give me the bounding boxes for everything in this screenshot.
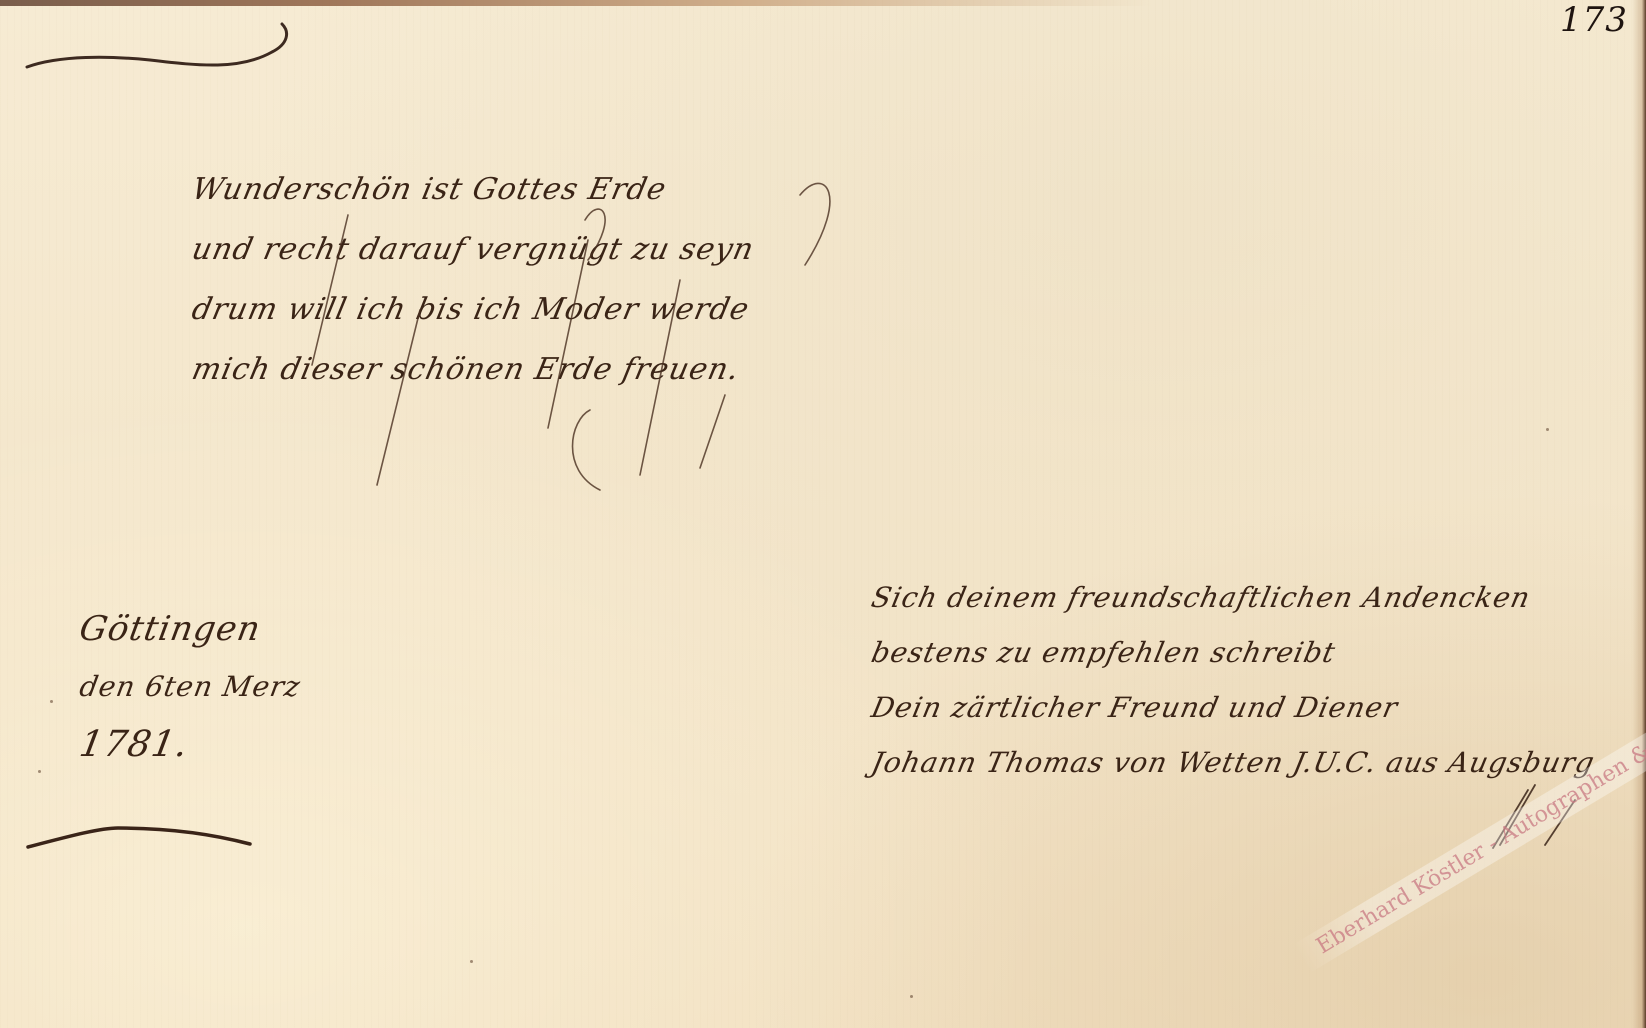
album-page: 173 Wunderschön ist Gottes Erde und rech… bbox=[0, 0, 1646, 1028]
paper-speck bbox=[38, 770, 41, 773]
paper-speck bbox=[1546, 428, 1549, 431]
paper-speck bbox=[470, 960, 473, 963]
paper-speck bbox=[910, 995, 913, 998]
signature-flourish-icon bbox=[0, 0, 1646, 1028]
paper-speck bbox=[50, 700, 53, 703]
